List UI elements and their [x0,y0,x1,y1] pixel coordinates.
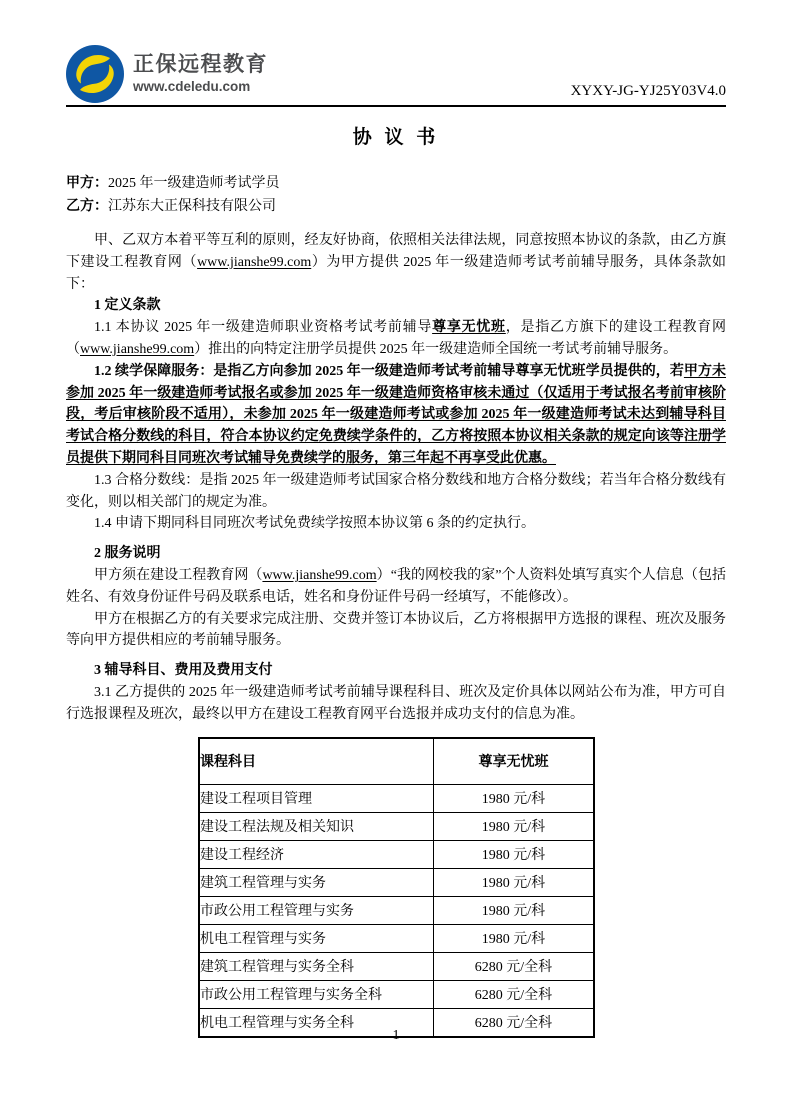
paragraph: 1.3 合格分数线：是指 2025 年一级建造师考试国家合格分数线和地方合格分数… [66,470,726,514]
table-body: 建设工程项目管理1980 元/科建设工程法规及相关知识1980 元/科建设工程经… [199,784,594,1037]
price-cell: 1980 元/科 [434,784,595,812]
paragraph: 3.1 乙方提供的 2025 年一级建造师考试考前辅导课程科目、班次及定价具体以… [66,682,726,726]
price-cell: 1980 元/科 [434,840,595,868]
table-header-cell: 课程科目 [199,738,434,785]
text-segment: 甲方未参加 2025 年一级建造师考试报名或参加 2025 年一级建造师资格审核… [66,364,726,466]
link-jianshe99[interactable]: www.jianshe99.com [197,255,311,270]
table-row: 建设工程项目管理1980 元/科 [199,784,594,812]
section-heading: 3 辅导科目、费用及费用支付 [66,660,726,682]
paragraph: 1.2 续学保障服务：是指乙方向参加 2025 年一级建造师考试考前辅导尊享无忧… [66,361,726,470]
paragraph: 1.1 本协议 2025 年一级建造师职业资格考试考前辅导尊享无忧班，是指乙方旗… [66,317,726,361]
course-name-cell: 建筑工程管理与实务 [199,868,434,896]
text-segment: 3.1 乙方提供的 2025 年一级建造师考试考前辅导课程科目、班次及定价具体以… [66,685,726,722]
text-segment: 甲方须在建设工程教育网（ [94,568,262,583]
course-name-cell: 建筑工程管理与实务全科 [199,952,434,980]
text-segment: 1.1 本协议 2025 年一级建造师职业资格考试考前辅导 [94,320,432,335]
section-heading: 1 定义条款 [66,295,726,317]
paragraph: 甲、乙双方本着平等互利的原则，经友好协商，依照相关法律法规，同意按照本协议的条款… [66,230,726,295]
table-row: 市政公用工程管理与实务1980 元/科 [199,896,594,924]
brand-text-block: 正保远程教育 www.cdeledu.com [133,53,268,95]
brand-swirl-icon [66,45,124,103]
party-value: 2025 年一级建造师考试学员 [108,176,280,191]
paragraph: 甲方在根据乙方的有关要求完成注册、交费并签订本协议后，乙方将根据甲方选报的课程、… [66,609,726,653]
price-cell: 1980 元/科 [434,812,595,840]
course-name-cell: 市政公用工程管理与实务全科 [199,980,434,1008]
text-segment: 1.2 续学保障服务：是指乙方向参加 2025 年一级建造师考试考前辅导尊享无忧… [94,364,684,379]
text-segment: 1.4 申请下期同科目同班次考试免费续学按照本协议第 6 条的约定执行。 [94,516,535,531]
body-content: 甲、乙双方本着平等互利的原则，经友好协商，依照相关法律法规，同意按照本协议的条款… [66,230,726,726]
price-cell: 1980 元/科 [434,924,595,952]
text-segment: 2 服务说明 [94,546,161,561]
table-header-cell: 尊享无忧班 [434,738,595,785]
table-row: 建设工程法规及相关知识1980 元/科 [199,812,594,840]
text-segment: 1 定义条款 [94,298,161,313]
party-line: 乙方：江苏东大正保科技有限公司 [66,195,726,218]
course-name-cell: 建设工程法规及相关知识 [199,812,434,840]
table-row: 市政公用工程管理与实务全科6280 元/全科 [199,980,594,1008]
brand-website: www.cdeledu.com [133,79,268,95]
paragraph: 甲方须在建设工程教育网（www.jianshe99.com）“我的网校我的家”个… [66,565,726,609]
party-value: 江苏东大正保科技有限公司 [108,199,276,214]
table-header-row: 课程科目尊享无忧班 [199,738,594,785]
text-segment: 3 辅导科目、费用及费用支付 [94,663,273,678]
text-segment: 甲方在根据乙方的有关要求完成注册、交费并签订本协议后，乙方将根据甲方选报的课程、… [66,612,726,649]
footer: 1 [0,1028,792,1044]
header-divider [66,105,726,107]
course-name-cell: 建设工程项目管理 [199,784,434,812]
document-title: 协 议 书 [66,122,726,149]
text-segment: 1.3 合格分数线：是指 2025 年一级建造师考试国家合格分数线和地方合格分数… [66,473,726,510]
document-page: 正保远程教育 www.cdeledu.com XYXY-JG-YJ25Y03V4… [0,0,792,1116]
brand-name: 正保远程教育 [133,53,268,77]
table-row: 建筑工程管理与实务全科6280 元/全科 [199,952,594,980]
course-price-table: 课程科目尊享无忧班 建设工程项目管理1980 元/科建设工程法规及相关知识198… [198,737,595,1038]
brand-logo: 正保远程教育 www.cdeledu.com [66,45,268,103]
table-row: 建设工程经济1980 元/科 [199,840,594,868]
party-label: 甲方： [66,176,108,191]
course-name-cell: 建设工程经济 [199,840,434,868]
course-name-cell: 市政公用工程管理与实务 [199,896,434,924]
course-name-cell: 机电工程管理与实务 [199,924,434,952]
header: 正保远程教育 www.cdeledu.com XYXY-JG-YJ25Y03V4… [66,42,726,103]
price-cell: 1980 元/科 [434,896,595,924]
text-segment: 尊享无忧班 [432,320,506,335]
section-heading: 2 服务说明 [66,543,726,565]
paragraph: 1.4 申请下期同科目同班次考试免费续学按照本协议第 6 条的约定执行。 [66,513,726,535]
table-row: 建筑工程管理与实务1980 元/科 [199,868,594,896]
price-cell: 1980 元/科 [434,868,595,896]
link-jianshe99[interactable]: www.jianshe99.com [80,342,194,357]
page-number: 1 [393,1028,400,1043]
text-segment: ）推出的向特定注册学员提供 2025 年一级建造师全国统一考试考前辅导服务。 [194,342,677,357]
table-row: 机电工程管理与实务1980 元/科 [199,924,594,952]
table-head: 课程科目尊享无忧班 [199,738,594,785]
parties: 甲方：2025 年一级建造师考试学员乙方：江苏东大正保科技有限公司 [66,172,726,218]
price-cell: 6280 元/全科 [434,980,595,1008]
party-label: 乙方： [66,199,108,214]
doc-code: XYXY-JG-YJ25Y03V4.0 [571,83,726,103]
party-line: 甲方：2025 年一级建造师考试学员 [66,172,726,195]
price-cell: 6280 元/全科 [434,952,595,980]
link-jianshe99[interactable]: www.jianshe99.com [262,568,376,583]
